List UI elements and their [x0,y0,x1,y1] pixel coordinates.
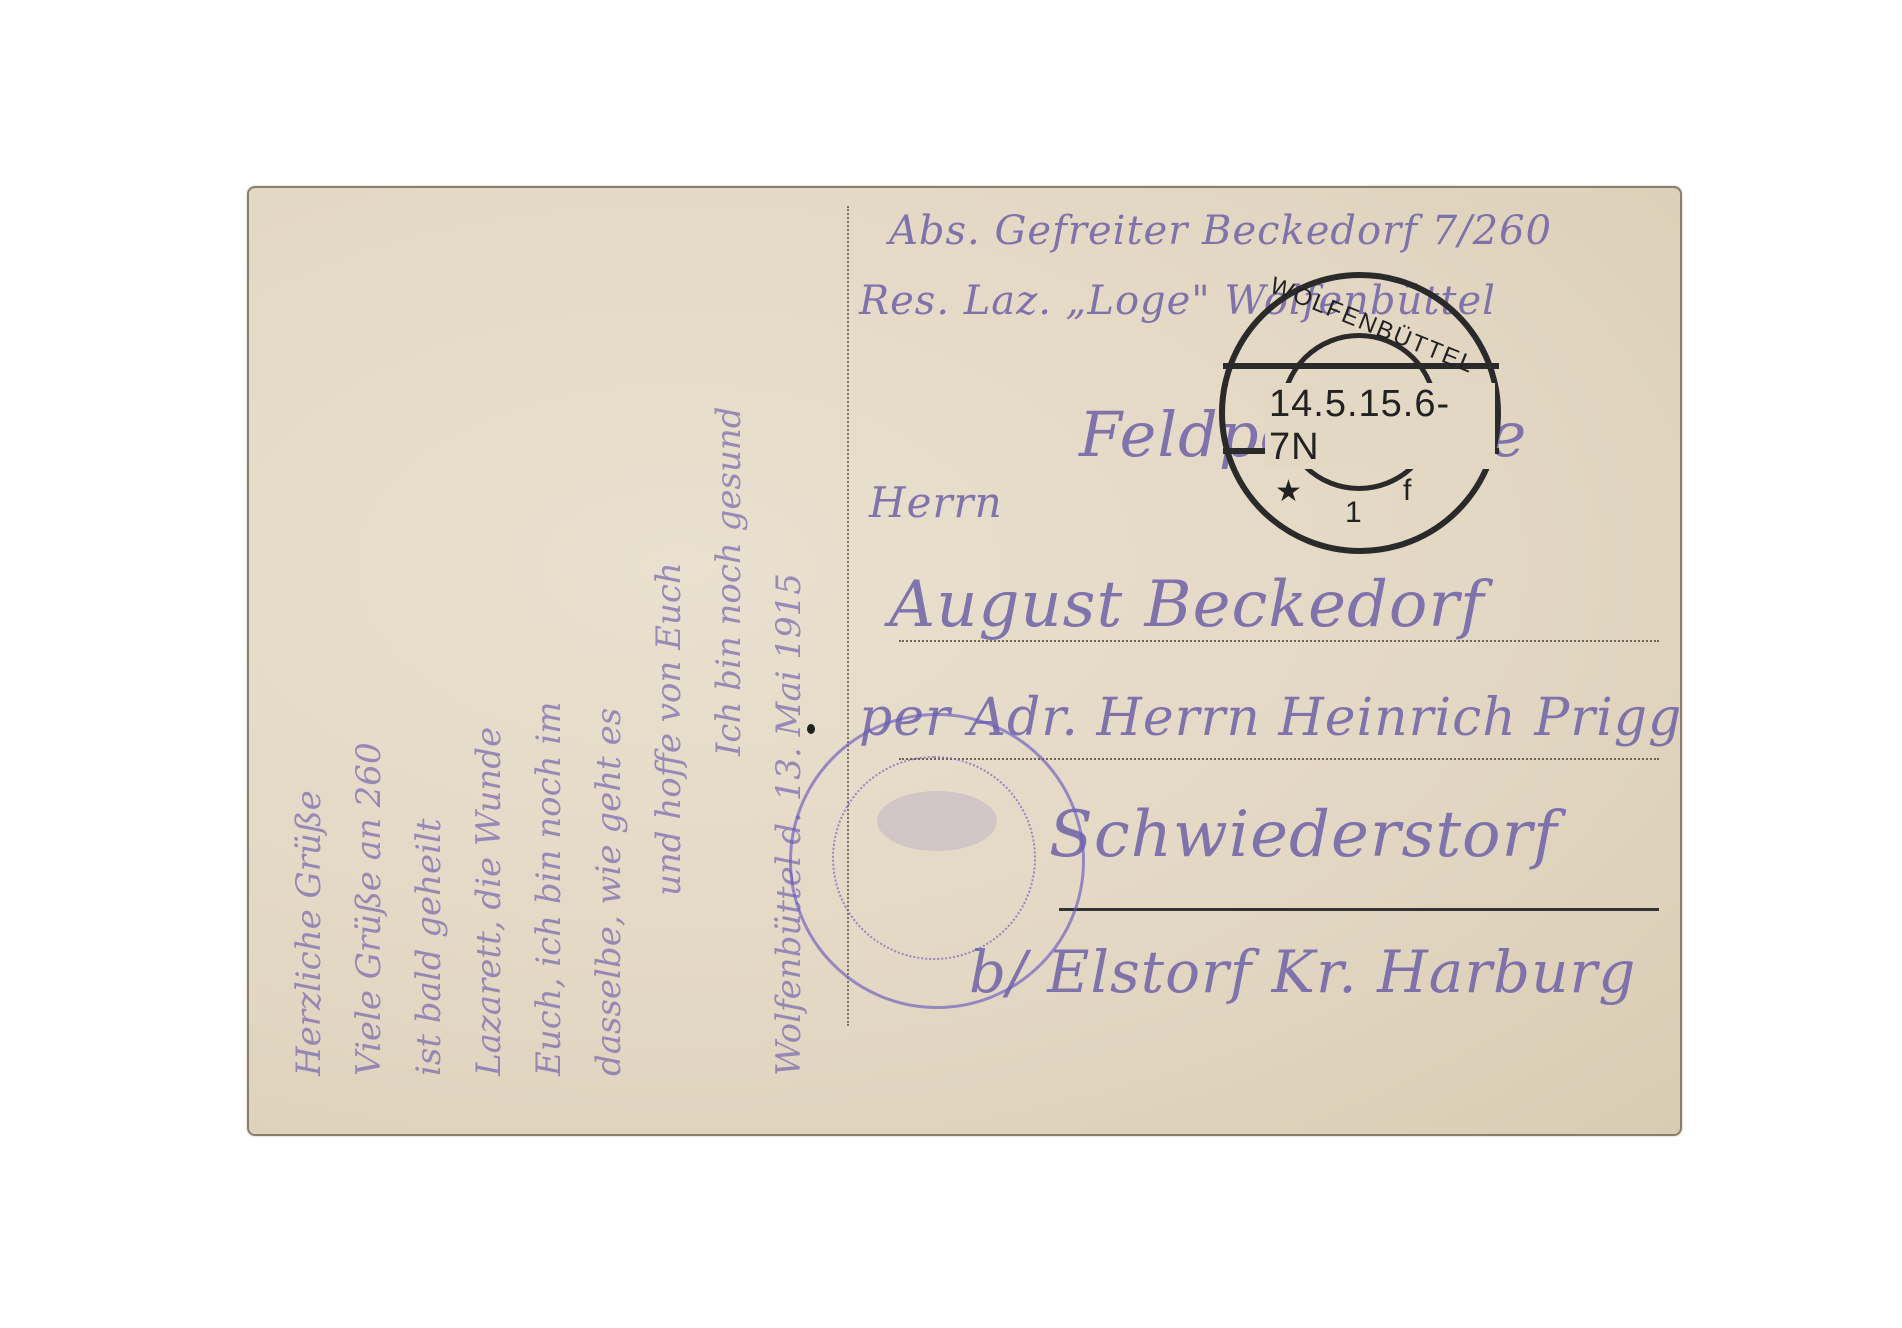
hospital-seal-stamp [789,713,1085,1009]
message-line: ist bald geheilt [409,818,449,1076]
message-line: Lazarett, die Wunde [469,727,509,1076]
recipient-salutation: Herrn [869,478,1003,527]
recipient-district: b/ Elstorf Kr. Harburg [969,938,1636,1006]
message-line: Euch, ich bin noch im [529,702,569,1076]
message-line: dasselbe, wie geht es [589,708,629,1076]
postmark-letter: f [1403,474,1411,508]
postmark-number: 1 [1345,496,1362,530]
postmark-date: 14.5.15.6-7N [1265,383,1495,469]
message-side: Herzliche Grüße Viele Grüße an 260 ist b… [269,196,829,1096]
message-line: Herzliche Grüße [289,790,329,1076]
address-underline [1059,908,1659,911]
message-line: Viele Grüße an 260 [349,742,389,1076]
sender-line-1: Abs. Gefreiter Beckedorf 7/260 [889,208,1552,254]
seal-emblem [877,791,997,851]
message-line: Ich bin noch gesund [709,406,749,756]
seal-inner-ring [832,756,1036,960]
ink-spot [807,724,815,734]
address-line [899,640,1659,642]
postcard: Herzliche Grüße Viele Grüße an 260 ist b… [247,186,1682,1136]
message-line: und hoffe von Euch [649,562,689,896]
recipient-name: August Beckedorf [889,568,1485,642]
postmark: WOLFENBÜTTEL 14.5.15.6-7N ★ 1 f [1219,272,1501,554]
recipient-town: Schwiederstorf [1049,798,1558,872]
star-icon: ★ [1275,474,1302,509]
